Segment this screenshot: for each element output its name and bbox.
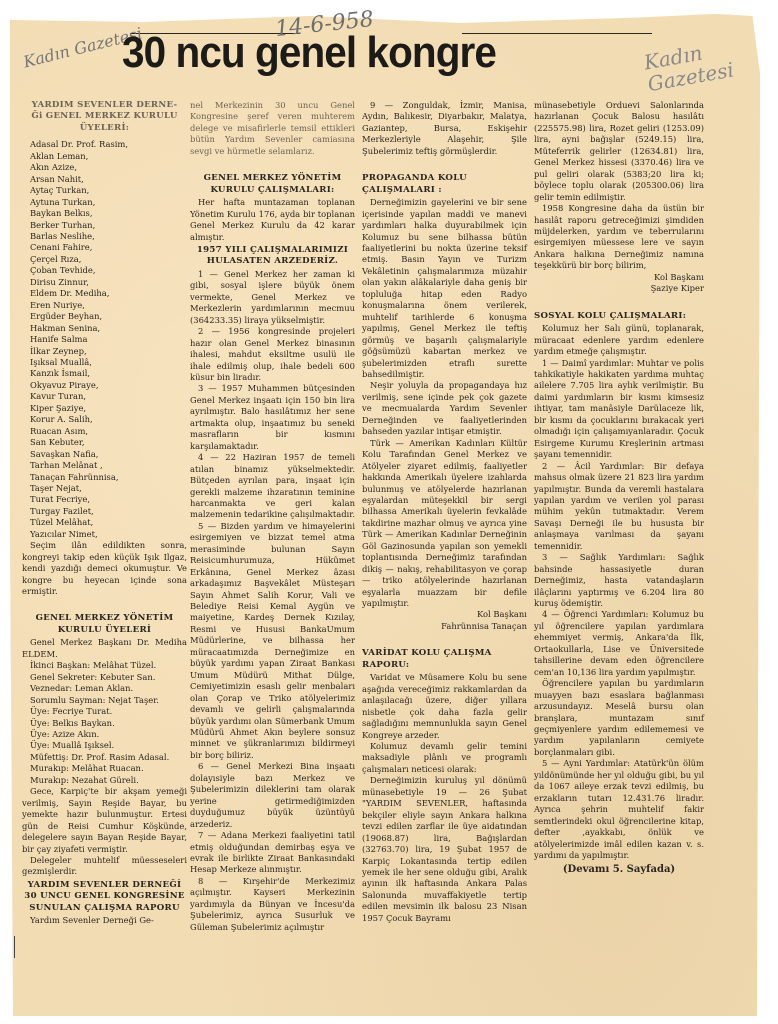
board-member: Sorumlu Sayman: Nejat Taşer. — [22, 695, 187, 706]
heading-members-line-1: YARDIM SEVENLER DERNE- — [32, 100, 178, 110]
paragraph-program: Kolumuz devamlı gelir temini maksadiyle … — [362, 741, 527, 775]
paragraph-report-start: Yardım Sevenler Derneği Ge- — [22, 915, 187, 926]
report-item: 3 — 1957 Muhammen bütçesinden Genel Merk… — [190, 383, 355, 452]
member-name: Çoban Tevhide, — [22, 265, 187, 276]
paragraph-delegates: Delegeler muhtelif müesseseleri gezmişle… — [22, 855, 187, 878]
social-item: 4 — Öğrenci Yardımları: Kolumuz bu yıl ö… — [534, 609, 704, 678]
social-items: 1 — Daimî yardımlar: Muhtar ve polis tah… — [534, 358, 704, 862]
headline: 30 ncu genel kongre — [122, 28, 496, 78]
report-item: 6 — Genel Merkezi Bina inşaatı dolayısiy… — [190, 761, 355, 830]
paragraph-item-9: 9 — Zonguldak, İzmir, Manisa, Aydın, Bal… — [362, 100, 527, 157]
member-name: Tanaçan Fahrünnisa, — [22, 472, 187, 483]
member-name: Cenani Fahire, — [22, 242, 187, 253]
member-name: Akın Azize, — [22, 162, 187, 173]
member-name: Tüzel Melâhat, — [22, 517, 187, 528]
members-list: Adasal Dr. Prof. Rasim,Aklan Leman,Akın … — [22, 139, 187, 540]
board-member: Üye: Fecriye Turat. — [22, 706, 187, 717]
member-name: Işıksal Muallâ, — [22, 357, 187, 368]
signature-title-2: Kol Başkanı — [534, 272, 704, 283]
heading-board: GENEL MERKEZ YÖNETİM KURULU ÜYELERİ — [22, 613, 187, 636]
heading-board-work: GENEL MERKEZ YÖNETİM KURULU ÇALIŞMALARI: — [190, 173, 355, 196]
member-name: Adasal Dr. Prof. Rasim, — [22, 139, 187, 150]
paragraph-meetings: Her hafta muntazaman toplanan Yönetim Ku… — [190, 197, 355, 243]
member-name: Ruacan Asım, — [22, 426, 187, 437]
signature-title-1: Kol Başkanı — [362, 609, 527, 620]
board-member: Murakıp: Nezahat Güreli. — [22, 775, 187, 786]
paragraph-american: Türk — Amerikan Kadınları Kültür Kolu Ta… — [362, 438, 527, 610]
report-item: 2 — 1956 kongresinde projeleri hazır ola… — [190, 326, 355, 383]
paragraph-revenue-continued: münasebetiyle Orduevi Salonlarında hazır… — [534, 100, 704, 203]
member-name: Okyavuz Piraye, — [22, 380, 187, 391]
member-name: San Kebuter, — [22, 437, 187, 448]
board-member: Murakıp: Melâhat Ruacan. — [22, 763, 187, 774]
member-name: Kiper Şaziye, — [22, 403, 187, 414]
paragraph-election: Seçim ilân edildikten sonra, kongreyi ta… — [22, 540, 187, 597]
heading-members-line-3: ÜYELERİ: — [80, 123, 130, 133]
report-item: 7 — Adana Merkezi faaliyetini tatil etmi… — [190, 830, 355, 876]
board-member: Üye: Muallâ Işıksel. — [22, 740, 187, 751]
member-name: Ergüder Beyhan, — [22, 311, 187, 322]
member-name: Hanife Salma — [22, 334, 187, 345]
member-name: İlkar Zeynep, — [22, 346, 187, 357]
paragraph-anniversary: Derneğimizin kuruluş yıl dönümü münasebe… — [362, 775, 527, 924]
paragraph-dinner: Gece, Karpiç'te bir akşam yemeği verilmi… — [22, 786, 187, 855]
member-name: Kavur Turan, — [22, 391, 187, 402]
board-member: Üye: Azize Akın. — [22, 729, 187, 740]
member-name: Baykan Belkıs, — [22, 208, 187, 219]
social-item: 1 — Daimî yardımlar: Muhtar ve polis tah… — [534, 358, 704, 461]
paragraph-intro: nel Merkezinin 30 uncu Genel Kongresine … — [190, 100, 355, 157]
board-member: Üye: Belkıs Baykan. — [22, 718, 187, 729]
member-name: Hakman Senina, — [22, 323, 187, 334]
paragraph-revenue: Varidat ve Müsamere Kolu bu sene aşağıda… — [362, 672, 527, 741]
member-name: Barlas Neslihe, — [22, 231, 187, 242]
paragraph-social: Kolumuz her Salı günü, toplanarak, mürac… — [534, 323, 704, 357]
member-name: Berker Turhan, — [22, 220, 187, 231]
heading-summary: 1957 YILI ÇALIŞMALARIMIZI HULASATEN ARZE… — [190, 245, 355, 268]
member-name: Aytuna Turkan, — [22, 197, 187, 208]
member-name: Turgay Fazilet, — [22, 506, 187, 517]
heading-members-line-2: Ği GENEL MERKEZ KURULU — [31, 111, 177, 121]
report-items: 1 — Genel Merkez her zaman ki gibi, sosy… — [190, 269, 355, 933]
board-member: Müfettiş: Dr. Prof. Rasim Adasal. — [22, 752, 187, 763]
member-name: Aklan Leman, — [22, 151, 187, 162]
member-name: Aytaç Turkan, — [22, 185, 187, 196]
member-name: Eren Nuriye, — [22, 300, 187, 311]
member-name: Kanzık İsmail, — [22, 368, 187, 379]
continued-note: (Devamı 5. Sayfada) — [534, 864, 704, 875]
report-item: 4 — 22 Haziran 1957 de temeli atılan bin… — [190, 452, 355, 521]
report-item: 8 — Kırşehir'de Merkezimiz açılmıştır. K… — [190, 876, 355, 933]
heading-revenue: VARİDAT KOLU ÇALIŞMA RAPORU: — [362, 648, 527, 671]
board-member: Genel Merkez Başkanı Dr. Mediha ELDEM. — [22, 637, 187, 660]
heading-report: YARDIM SEVENLER DERNEĞİ 30 UNCU GENEL KO… — [22, 880, 187, 914]
social-item: 3 — Sağlık Yardımları: Sağlık bahsinde h… — [534, 552, 704, 609]
signature-name-1: Fahrünnisa Tanaçan — [362, 621, 527, 632]
board-member: İkinci Başkan: Melâhat Tüzel. — [22, 660, 187, 671]
board-member: Genel Sekreter: Kebuter San. — [22, 672, 187, 683]
social-item: Öğrencilere yapılan bu yardımların muayy… — [534, 678, 704, 758]
member-name: Korur A. Salih, — [22, 414, 187, 425]
member-name: Yazıcılar Nimet, — [22, 529, 187, 540]
member-name: Savaşkan Nafia, — [22, 449, 187, 460]
report-item: 5 — Bizden yardım ve himayelerini esirge… — [190, 521, 355, 762]
column-3: 9 — Zonguldak, İzmir, Manisa, Aydın, Bal… — [362, 100, 527, 924]
report-item: 1 — Genel Merkez her zaman ki gibi, sosy… — [190, 269, 355, 326]
board-member: Veznedar: Leman Aklan. — [22, 683, 187, 694]
column-1: YARDIM SEVENLER DERNE- Ği GENEL MERKEZ K… — [22, 100, 187, 927]
member-name: Tarhan Melânat , — [22, 460, 187, 471]
social-item: 2 — Âcil Yardımlar: Bir defaya mahsus ol… — [534, 461, 704, 553]
member-name: Arsan Nahit, — [22, 174, 187, 185]
member-name: Turat Fecriye, — [22, 494, 187, 505]
paragraph-propaganda: Derneğimizin gayelerini ve bir sene içer… — [362, 197, 527, 380]
social-item: 5 — Ayni Yardımlar: Atatürk'ün ölüm yıld… — [534, 758, 704, 861]
board-list: Genel Merkez Başkanı Dr. Mediha ELDEM.İk… — [22, 637, 187, 786]
signature-name-2: Şaziye Kiper — [534, 283, 704, 294]
member-name: Eldem Dr. Mediha, — [22, 288, 187, 299]
member-name: Çerçel Rıza, — [22, 254, 187, 265]
paragraph-publications: Neşir yoluyla da propagandaya hız verilm… — [362, 380, 527, 437]
member-name: Dirisu Zinnur, — [22, 277, 187, 288]
member-name: Taşer Nejat, — [22, 483, 187, 494]
column-4: münasebetiyle Orduevi Salonlarında hazır… — [534, 100, 704, 876]
heading-propaganda: PROPAGANDA KOLU ÇALIŞMALARI : — [362, 173, 527, 196]
column-divider — [14, 936, 15, 958]
heading-social: SOSYAL KOLU ÇALIŞMALARI: — [534, 311, 704, 322]
paragraph-1958: 1958 Kongresine daha da üstün bir hasılâ… — [534, 203, 704, 272]
column-2: nel Merkezinin 30 uncu Genel Kongresine … — [190, 100, 355, 933]
heading-members: YARDIM SEVENLER DERNE- Ği GENEL MERKEZ K… — [22, 100, 187, 134]
